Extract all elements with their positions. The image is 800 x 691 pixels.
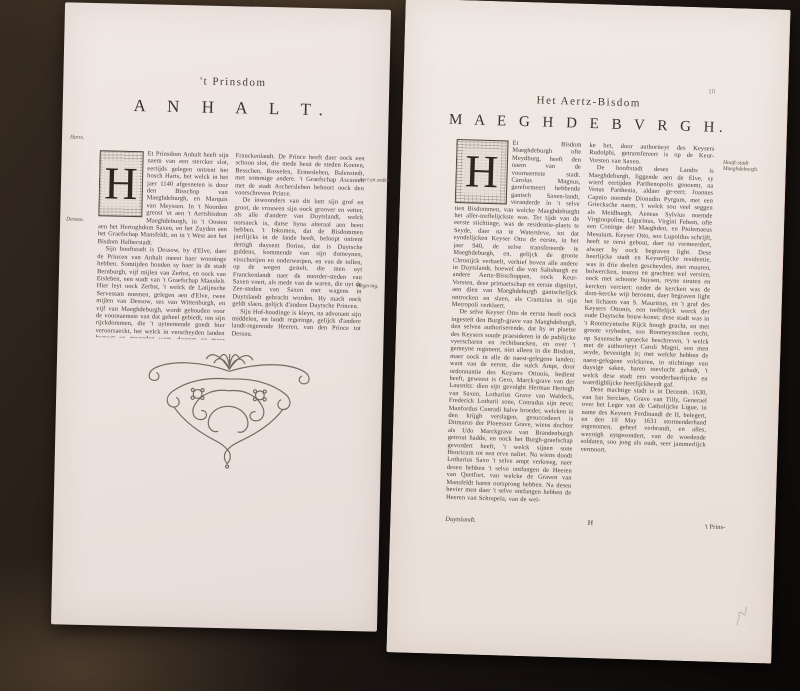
sidenote-harts: Harts. [70,135,102,142]
left-page-column-1: H Et Prinsdom Anhalt heeft sijn naem van… [96,149,229,340]
left-page-title: A N H A L T. [88,95,378,122]
left-page-section-header: 't Prinsdom [98,73,368,91]
right-page-section-header: Het Aertz-Bisdom [458,92,720,112]
running-title: Duytslandt. [445,516,476,524]
left-page: 't Prinsdom A N H A L T. Harts. Dessau. … [51,2,391,631]
floral-tailpiece-ornament [139,346,317,475]
sidenote-dessau: Dessau. [66,216,98,223]
right-page-column-2: ke het, door authoriteyt des Keysers Rud… [579,142,715,512]
right-page-column-1: H Et Bisdom Maeghdeburgh ofte Meydburg, … [446,138,582,508]
paragraph: De selve Keyser Otto de eerste heeft ooc… [446,308,577,504]
paragraph: Dese machtige stadt is in Decemb. 1630, … [580,386,707,456]
right-page-footer: Duytslandt. H 't Prins- [445,514,725,531]
woodcut-initial-H: H [98,150,143,217]
paragraph: Franckenlandt. De Prince heeft daer oock… [235,152,365,199]
pencil-scribble [728,603,759,634]
paragraph: Sijn Hof-houdinge is kleyn, na advenant … [232,308,362,341]
paragraph: H Et Bisdom Maeghdeburgh ofte Meydburg, … [452,138,582,312]
paragraph: De inwoonders van dit lant sijn grof en … [232,197,363,311]
catchword: 't Prins- [705,524,726,532]
signature-mark: H [588,518,594,527]
paragraph: H Et Prinsdom Anhalt heeft sijn naem van… [98,149,229,248]
right-page-text-block: H Et Bisdom Maeghdeburgh ofte Meydburg, … [446,138,715,511]
left-page-column-2: Franckenlandt. De Prince heeft daer oock… [231,152,364,343]
sidenote-hooftstadt: Hooft-stadt Maeghdeburgh. [723,160,765,174]
woodcut-initial-H: H [455,139,509,205]
left-page-text-block: H Et Prinsdom Anhalt heeft sijn naem van… [96,149,365,343]
right-page-title: M A E G H D E B V R G H. [437,111,739,137]
paragraph: De hooftstadt deses Landts is Maeghdebur… [582,164,714,390]
right-page: 10 Het Aertz-Bisdom M A E G H D E B V R … [386,0,790,664]
paragraph: Sijn hooftstadt is Dessow, by d'Elve, da… [96,245,227,340]
page-number: 10 [708,87,715,95]
